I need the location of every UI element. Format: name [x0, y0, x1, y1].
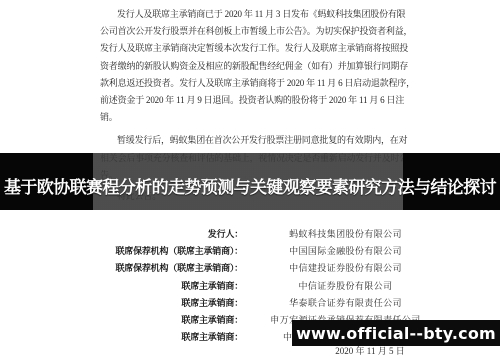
headline-title: 基于欧协联赛程分析的走势预测与关键观察要素研究方法与结论探讨 [4, 173, 496, 198]
row-label: 联席保荐机构（联席主承销商）： [0, 260, 243, 277]
watermark-url: www.official--bty.com [296, 324, 496, 343]
table-row: 联席主承销商： 华泰联合证券有限责任公司 [0, 295, 500, 312]
row-label: 联席主承销商： [0, 295, 243, 312]
headline-banner: 基于欧协联赛程分析的走势预测与关键观察要素研究方法与结论探讨 [0, 153, 500, 210]
watermark: www.official--bty.com [292, 320, 500, 346]
row-label: 发行人： [0, 226, 243, 243]
row-label: 联席保荐机构（联席主承销商）： [0, 243, 243, 260]
text-line: 发行人及联席主承销商决定暂缓本次发行工作。发行人及联席主承销商将按照投 [100, 40, 412, 57]
table-row: 发行人： 蚂蚁科技集团股份有限公司 [0, 226, 500, 243]
row-value: 中信建投证券股份有限公司 [243, 260, 448, 277]
text-line: 资者缴纳的新股认购资金及相应的新股配售经纪佣金（如有）并加算银行同期存 [100, 58, 412, 75]
table-row: 联席保荐机构（联席主承销商）： 中国国际金融股份有限公司 [0, 243, 500, 260]
row-value: 蚂蚁科技集团股份有限公司 [243, 226, 448, 243]
text-line: 暂缓发行后，蚂蚁集团在首次公开发行股票注册同意批复的有效期内，在对 [100, 132, 412, 149]
text-line: 款利息返还投资者。发行人及联席主承销商将于 2020 年 11 月 6 日启动退… [100, 75, 412, 92]
text-line: 公司首次公开发行股票并在科创板上市暂缓上市公告》。为切实保护投资者利益， [100, 23, 412, 40]
row-label: 联席主承销商： [0, 312, 243, 329]
page: 发行人及联席主承销商已于 2020 年 11 月 3 日发布《蚂蚁科技集团股份有… [0, 0, 500, 362]
row-label: 联席主承销商： [0, 329, 243, 346]
row-value: 华泰联合证券有限责任公司 [243, 295, 448, 312]
text-line: 前述资金于 2020 年 11 月 9 日退回。投资者认购的股份将于 2020 … [100, 92, 412, 109]
announcement-date: 2020 年 11 月 5 日 [320, 344, 420, 358]
text-line: 发行人及联席主承销商已于 2020 年 11 月 3 日发布《蚂蚁科技集团股份有… [100, 6, 412, 23]
row-value: 中信证券股份有限公司 [243, 278, 448, 295]
row-label: 联席主承销商： [0, 278, 243, 295]
table-row: 联席保荐机构（联席主承销商）： 中信建投证券股份有限公司 [0, 260, 500, 277]
table-row: 联席主承销商： 中信证券股份有限公司 [0, 278, 500, 295]
text-line: 销。 [100, 109, 412, 126]
row-value: 中国国际金融股份有限公司 [243, 243, 448, 260]
paragraph-1: 发行人及联席主承销商已于 2020 年 11 月 3 日发布《蚂蚁科技集团股份有… [100, 6, 412, 126]
